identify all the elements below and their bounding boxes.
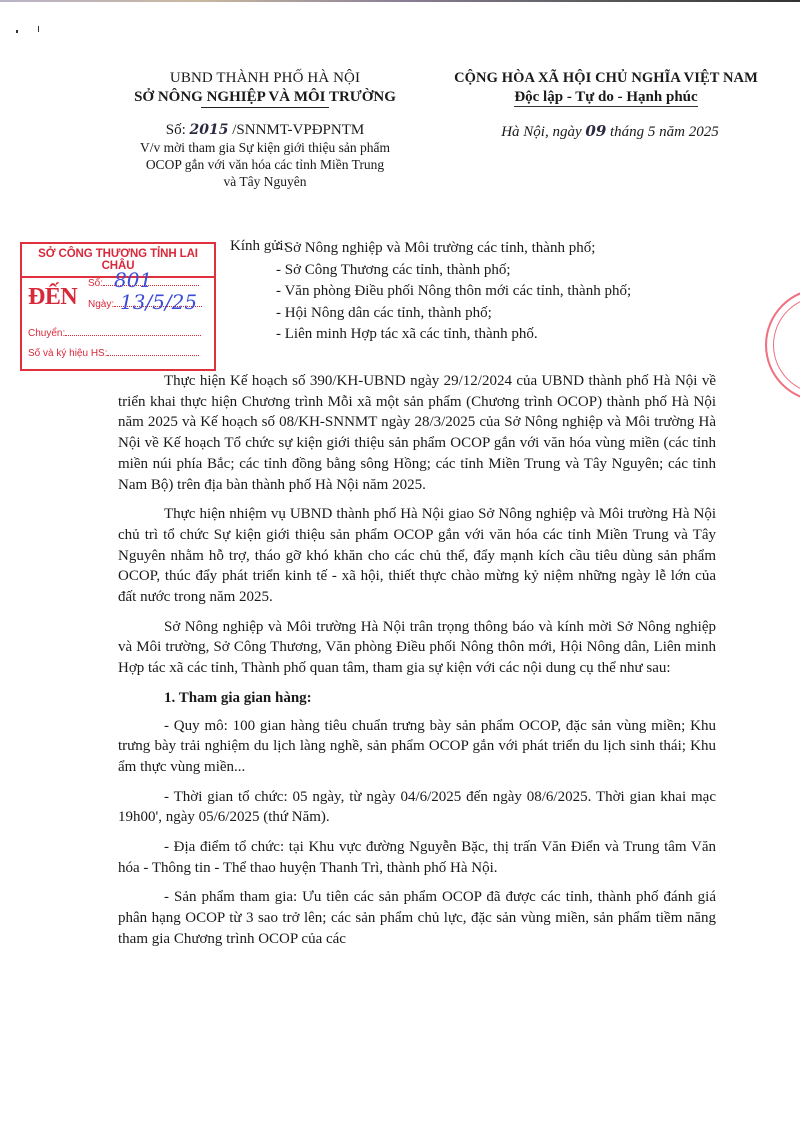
- body-paragraph: Sở Nông nghiệp và Môi trường Hà Nội trân…: [118, 617, 716, 679]
- stamp-so-value: 801: [114, 268, 152, 292]
- number-suffix: /SNNMT-VPĐPNTM: [232, 122, 364, 138]
- section-item: - Thời gian tổ chức: 05 ngày, từ ngày 04…: [118, 787, 716, 828]
- stamp-chuyen-row: Chuyển:: [28, 328, 201, 339]
- nation-title: CỘNG HÒA XÃ HỘI CHỦ NGHĨA VIỆT NAM: [412, 70, 800, 87]
- scan-edge-line: [0, 0, 800, 2]
- date-day-handwritten: 09: [585, 122, 606, 140]
- scan-speck: [38, 26, 39, 32]
- body-paragraph: Thực hiện nhiệm vụ UBND thành phố Hà Nội…: [118, 504, 716, 608]
- national-header-block: CỘNG HÒA XÃ HỘI CHỦ NGHĨA VIỆT NAM Độc l…: [412, 70, 800, 141]
- document-date: Hà Nội, ngày 09 tháng 5 năm 2025: [412, 122, 800, 141]
- stamp-ngay-value: 13/5/25: [120, 290, 197, 314]
- recipients-list: - Sở Nông nghiệp và Môi trường các tỉnh,…: [276, 238, 631, 346]
- section-item: - Sản phẩm tham gia: Ưu tiên các sản phẩ…: [118, 887, 716, 949]
- body-paragraph: Thực hiện Kế hoạch số 390/KH-UBND ngày 2…: [118, 371, 716, 495]
- recipient-item: - Liên minh Hợp tác xã các tỉnh, thành p…: [276, 324, 631, 346]
- section-item: - Quy mô: 100 gian hàng tiêu chuẩn trưng…: [118, 716, 716, 778]
- motto: Độc lập - Tự do - Hạnh phúc: [412, 89, 800, 106]
- agency-name: SỞ NÔNG NGHIỆP VÀ MÔI TRƯỜNG: [110, 89, 420, 106]
- recipient-item: - Sở Công Thương các tỉnh, thành phố;: [276, 260, 631, 282]
- issuing-agency-block: UBND THÀNH PHỐ HÀ NỘI SỞ NÔNG NGHIỆP VÀ …: [110, 70, 420, 190]
- number-label: Số:: [166, 122, 186, 138]
- recipient-item: - Hội Nông dân các tỉnh, thành phố;: [276, 303, 631, 325]
- stamp-hs-row: Số và ký hiệu HS:: [28, 348, 199, 359]
- agency-parent: UBND THÀNH PHỐ HÀ NỘI: [110, 70, 420, 87]
- stamp-den: ĐẾN: [28, 284, 77, 311]
- subject-line: V/v mời tham gia Sự kiện giới thiệu sản …: [110, 139, 420, 190]
- received-stamp: SỞ CÔNG THƯƠNG TỈNH LAI CHÂU ĐẾN Số: 801…: [20, 242, 216, 371]
- agency-underline: [201, 107, 329, 108]
- recipient-item: - Văn phòng Điều phối Nông thôn mới các …: [276, 281, 631, 303]
- document-body: Thực hiện Kế hoạch số 390/KH-UBND ngày 2…: [118, 371, 716, 959]
- section-item: - Địa điểm tổ chức: tại Khu vực đường Ng…: [118, 837, 716, 878]
- recipient-item: - Sở Nông nghiệp và Môi trường các tỉnh,…: [276, 238, 631, 260]
- document-number: Số: 2015 /SNNMT-VPĐPNTM: [110, 122, 420, 139]
- official-seal: [765, 288, 800, 402]
- number-handwritten: 2015: [190, 122, 229, 138]
- scan-speck: [16, 30, 18, 33]
- section-heading: 1. Tham gia gian hàng:: [118, 688, 716, 709]
